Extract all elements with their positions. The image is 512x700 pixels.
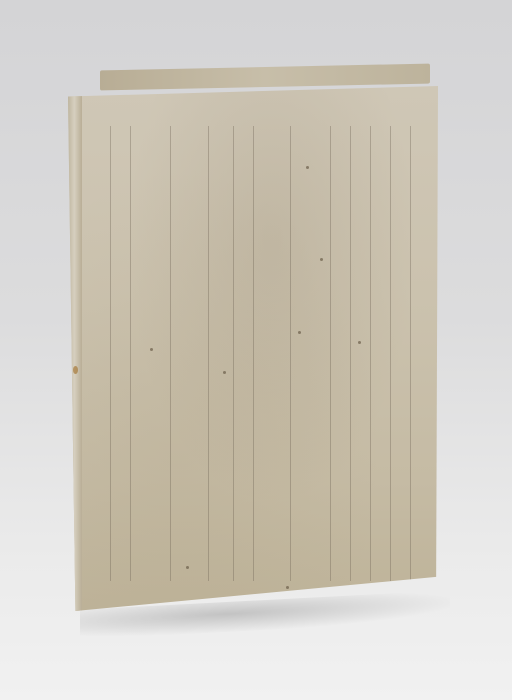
ruled-line [208,126,209,581]
ruled-line [233,126,234,581]
ruled-line [253,126,254,581]
ruled-line [110,126,111,581]
book-spine-edge [68,86,82,611]
stain-speck [186,566,189,569]
ruled-line [390,126,391,581]
ruled-line [130,126,131,581]
stain-speck [320,258,323,261]
stain-speck [223,371,226,374]
ruled-line [170,126,171,581]
ruled-line [290,126,291,581]
stain-speck [298,331,301,334]
stain-speck [73,366,78,374]
ruled-line [330,126,331,581]
back-cover-edge [100,64,430,91]
stain-speck [358,341,361,344]
ruled-line [350,126,351,581]
stain-speck [286,586,289,589]
ruled-line [370,126,371,581]
photo-scene [0,0,512,700]
stain-speck [150,348,153,351]
book-front-cover [68,86,438,611]
ruled-line [410,126,411,581]
stain-speck [306,166,309,169]
